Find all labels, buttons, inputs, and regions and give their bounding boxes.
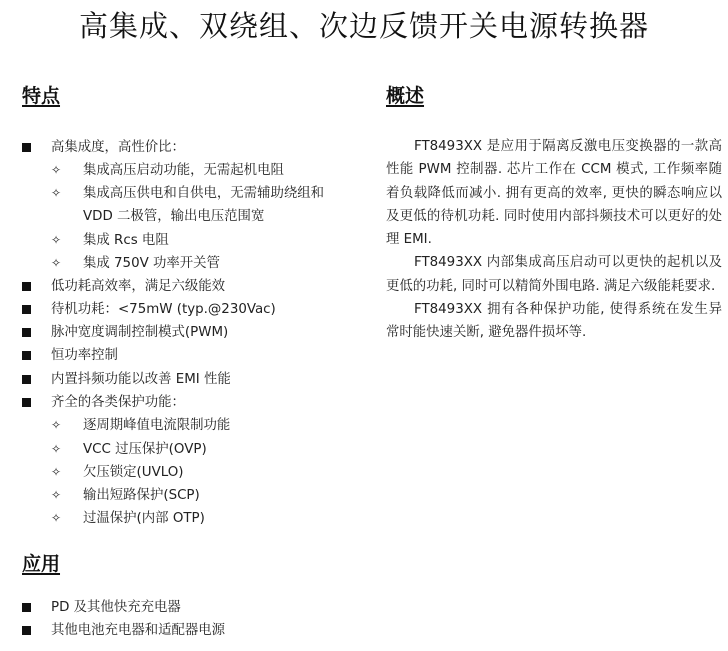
overview-paragraph: FT8493XX 拥有各种保护功能, 使得系统在发生异常时能快速关断, 避免器件… — [386, 298, 722, 345]
feature-subitem: 集成 Rcs 电阻 — [83, 229, 169, 252]
diamond-bullet-icon: ✧ — [51, 484, 61, 507]
diamond-bullet-icon: ✧ — [51, 414, 61, 437]
square-bullet-icon — [22, 282, 31, 291]
overview-paragraph: FT8493XX 内部集成高压启动可以更快的起机以及更低的功耗, 同时可以精简外… — [386, 251, 722, 298]
feature-subitem: 逐周期峰值电流限制功能 — [83, 414, 230, 437]
overview-body: FT8493XX 是应用于隔离反激电压变换器的一款高性能 PWM 控制器. 芯片… — [386, 135, 722, 345]
overview-paragraph: FT8493XX 是应用于隔离反激电压变换器的一款高性能 PWM 控制器. 芯片… — [386, 135, 722, 251]
feature-item: 恒功率控制 — [51, 344, 118, 367]
feature-subitem: 集成高压启动功能，无需起机电阻 — [83, 159, 284, 182]
square-bullet-icon — [22, 398, 31, 407]
features-heading: 特点 — [22, 84, 60, 108]
feature-subitem: 集成高压供电和自供电，无需辅助绕组和 — [83, 182, 324, 205]
applications-heading: 应用 — [22, 552, 60, 576]
overview-heading: 概述 — [386, 84, 424, 108]
square-bullet-icon — [22, 305, 31, 314]
feature-subitem: 输出短路保护(SCP) — [83, 484, 200, 507]
feature-item: 内置抖频功能以改善 EMI 性能 — [51, 368, 231, 391]
feature-subitem-continuation: VDD 二极管，输出电压范围宽 — [83, 205, 264, 228]
square-bullet-icon — [22, 328, 31, 337]
square-bullet-icon — [22, 375, 31, 384]
feature-subitem: 集成 750V 功率开关管 — [83, 252, 220, 275]
feature-item: 低功耗高效率，满足六级能效 — [51, 275, 225, 298]
feature-item: 待机功耗：<75mW (typ.@230Vac) — [51, 298, 276, 321]
document-title: 高集成、双绕组、次边反馈开关电源转换器 — [0, 8, 728, 44]
diamond-bullet-icon: ✧ — [51, 438, 61, 461]
feature-subitem: VCC 过压保护(OVP) — [83, 438, 207, 461]
feature-item: 脉冲宽度调制控制模式(PWM) — [51, 321, 228, 344]
diamond-bullet-icon: ✧ — [51, 159, 61, 182]
diamond-bullet-icon: ✧ — [51, 182, 61, 205]
square-bullet-icon — [22, 143, 31, 152]
diamond-bullet-icon: ✧ — [51, 461, 61, 484]
square-bullet-icon — [22, 351, 31, 360]
square-bullet-icon — [22, 626, 31, 635]
diamond-bullet-icon: ✧ — [51, 229, 61, 252]
feature-subitem: 过温保护(内部 OTP) — [83, 507, 205, 530]
square-bullet-icon — [22, 603, 31, 612]
diamond-bullet-icon: ✧ — [51, 252, 61, 275]
feature-subitem: 欠压锁定(UVLO) — [83, 461, 184, 484]
feature-item: 齐全的各类保护功能： — [51, 391, 185, 414]
application-item: PD 及其他快充充电器 — [51, 596, 181, 619]
diamond-bullet-icon: ✧ — [51, 507, 61, 530]
feature-item: 高集成度，高性价比： — [51, 136, 185, 159]
application-item: 其他电池充电器和适配器电源 — [51, 619, 225, 642]
